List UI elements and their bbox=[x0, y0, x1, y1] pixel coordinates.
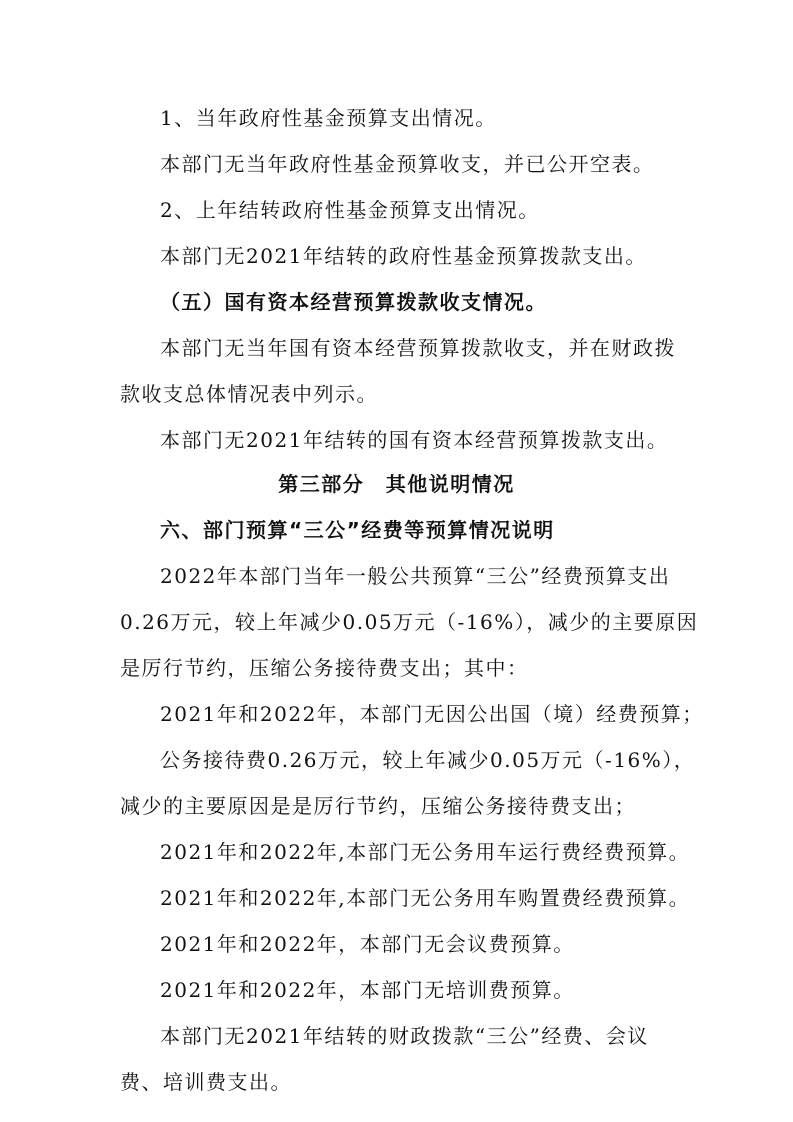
paragraph-continuation: 款收支总体情况表中列示。 bbox=[120, 380, 378, 408]
paragraph: 2021年和2022年，本部门无会议费预算。 bbox=[160, 930, 575, 958]
paragraph: 2021年和2022年，本部门无因公出国（境）经费预算； bbox=[160, 700, 704, 728]
subsection-2-title: 2、上年结转政府性基金预算支出情况。 bbox=[160, 196, 540, 224]
document-page: 1、当年政府性基金预算支出情况。 本部门无当年政府性基金预算收支，并已公开空表。… bbox=[0, 0, 793, 1122]
paragraph: 2021年和2022年,本部门无公务用车购置费经费预算。 bbox=[160, 884, 690, 912]
paragraph-continuation: 是厉行节约，压缩公务接待费支出；其中： bbox=[120, 654, 529, 682]
paragraph: 本部门无2021年结转的国有资本经营预算拨款支出。 bbox=[160, 426, 668, 454]
paragraph-continuation: 0.26万元，较上年减少0.05万元（-16%），减少的主要原因 bbox=[120, 608, 698, 636]
paragraph: 本部门无当年国有资本经营预算拨款收支，并在财政拨 bbox=[160, 334, 676, 362]
paragraph: 2022年本部门当年一般公共预算“三公”经费预算支出 bbox=[160, 562, 670, 590]
paragraph: 本部门无2021年结转的政府性基金预算拨款支出。 bbox=[160, 242, 647, 270]
section-heading-5: （五）国有资本经营预算拨款收支情况。 bbox=[160, 288, 547, 316]
paragraph: 本部门无2021年结转的财政拨款“三公”经费、会议 bbox=[160, 1022, 649, 1050]
paragraph: 本部门无当年政府性基金预算收支，并已公开空表。 bbox=[160, 150, 655, 178]
paragraph-continuation: 减少的主要原因是是厉行节约，压缩公务接待费支出； bbox=[120, 792, 636, 820]
paragraph: 2021年和2022年，本部门无培训费预算。 bbox=[160, 976, 575, 1004]
part-three-title: 第三部分 其他说明情况 bbox=[0, 470, 793, 498]
section-heading-6: 六、部门预算“三公”经费等预算情况说明 bbox=[160, 516, 555, 544]
paragraph: 公务接待费0.26万元，较上年减少0.05万元（-16%）， bbox=[160, 746, 695, 774]
paragraph: 2021年和2022年,本部门无公务用车运行费经费预算。 bbox=[160, 838, 690, 866]
subsection-1-title: 1、当年政府性基金预算支出情况。 bbox=[160, 104, 497, 132]
paragraph-continuation: 费、培训费支出。 bbox=[120, 1068, 292, 1096]
